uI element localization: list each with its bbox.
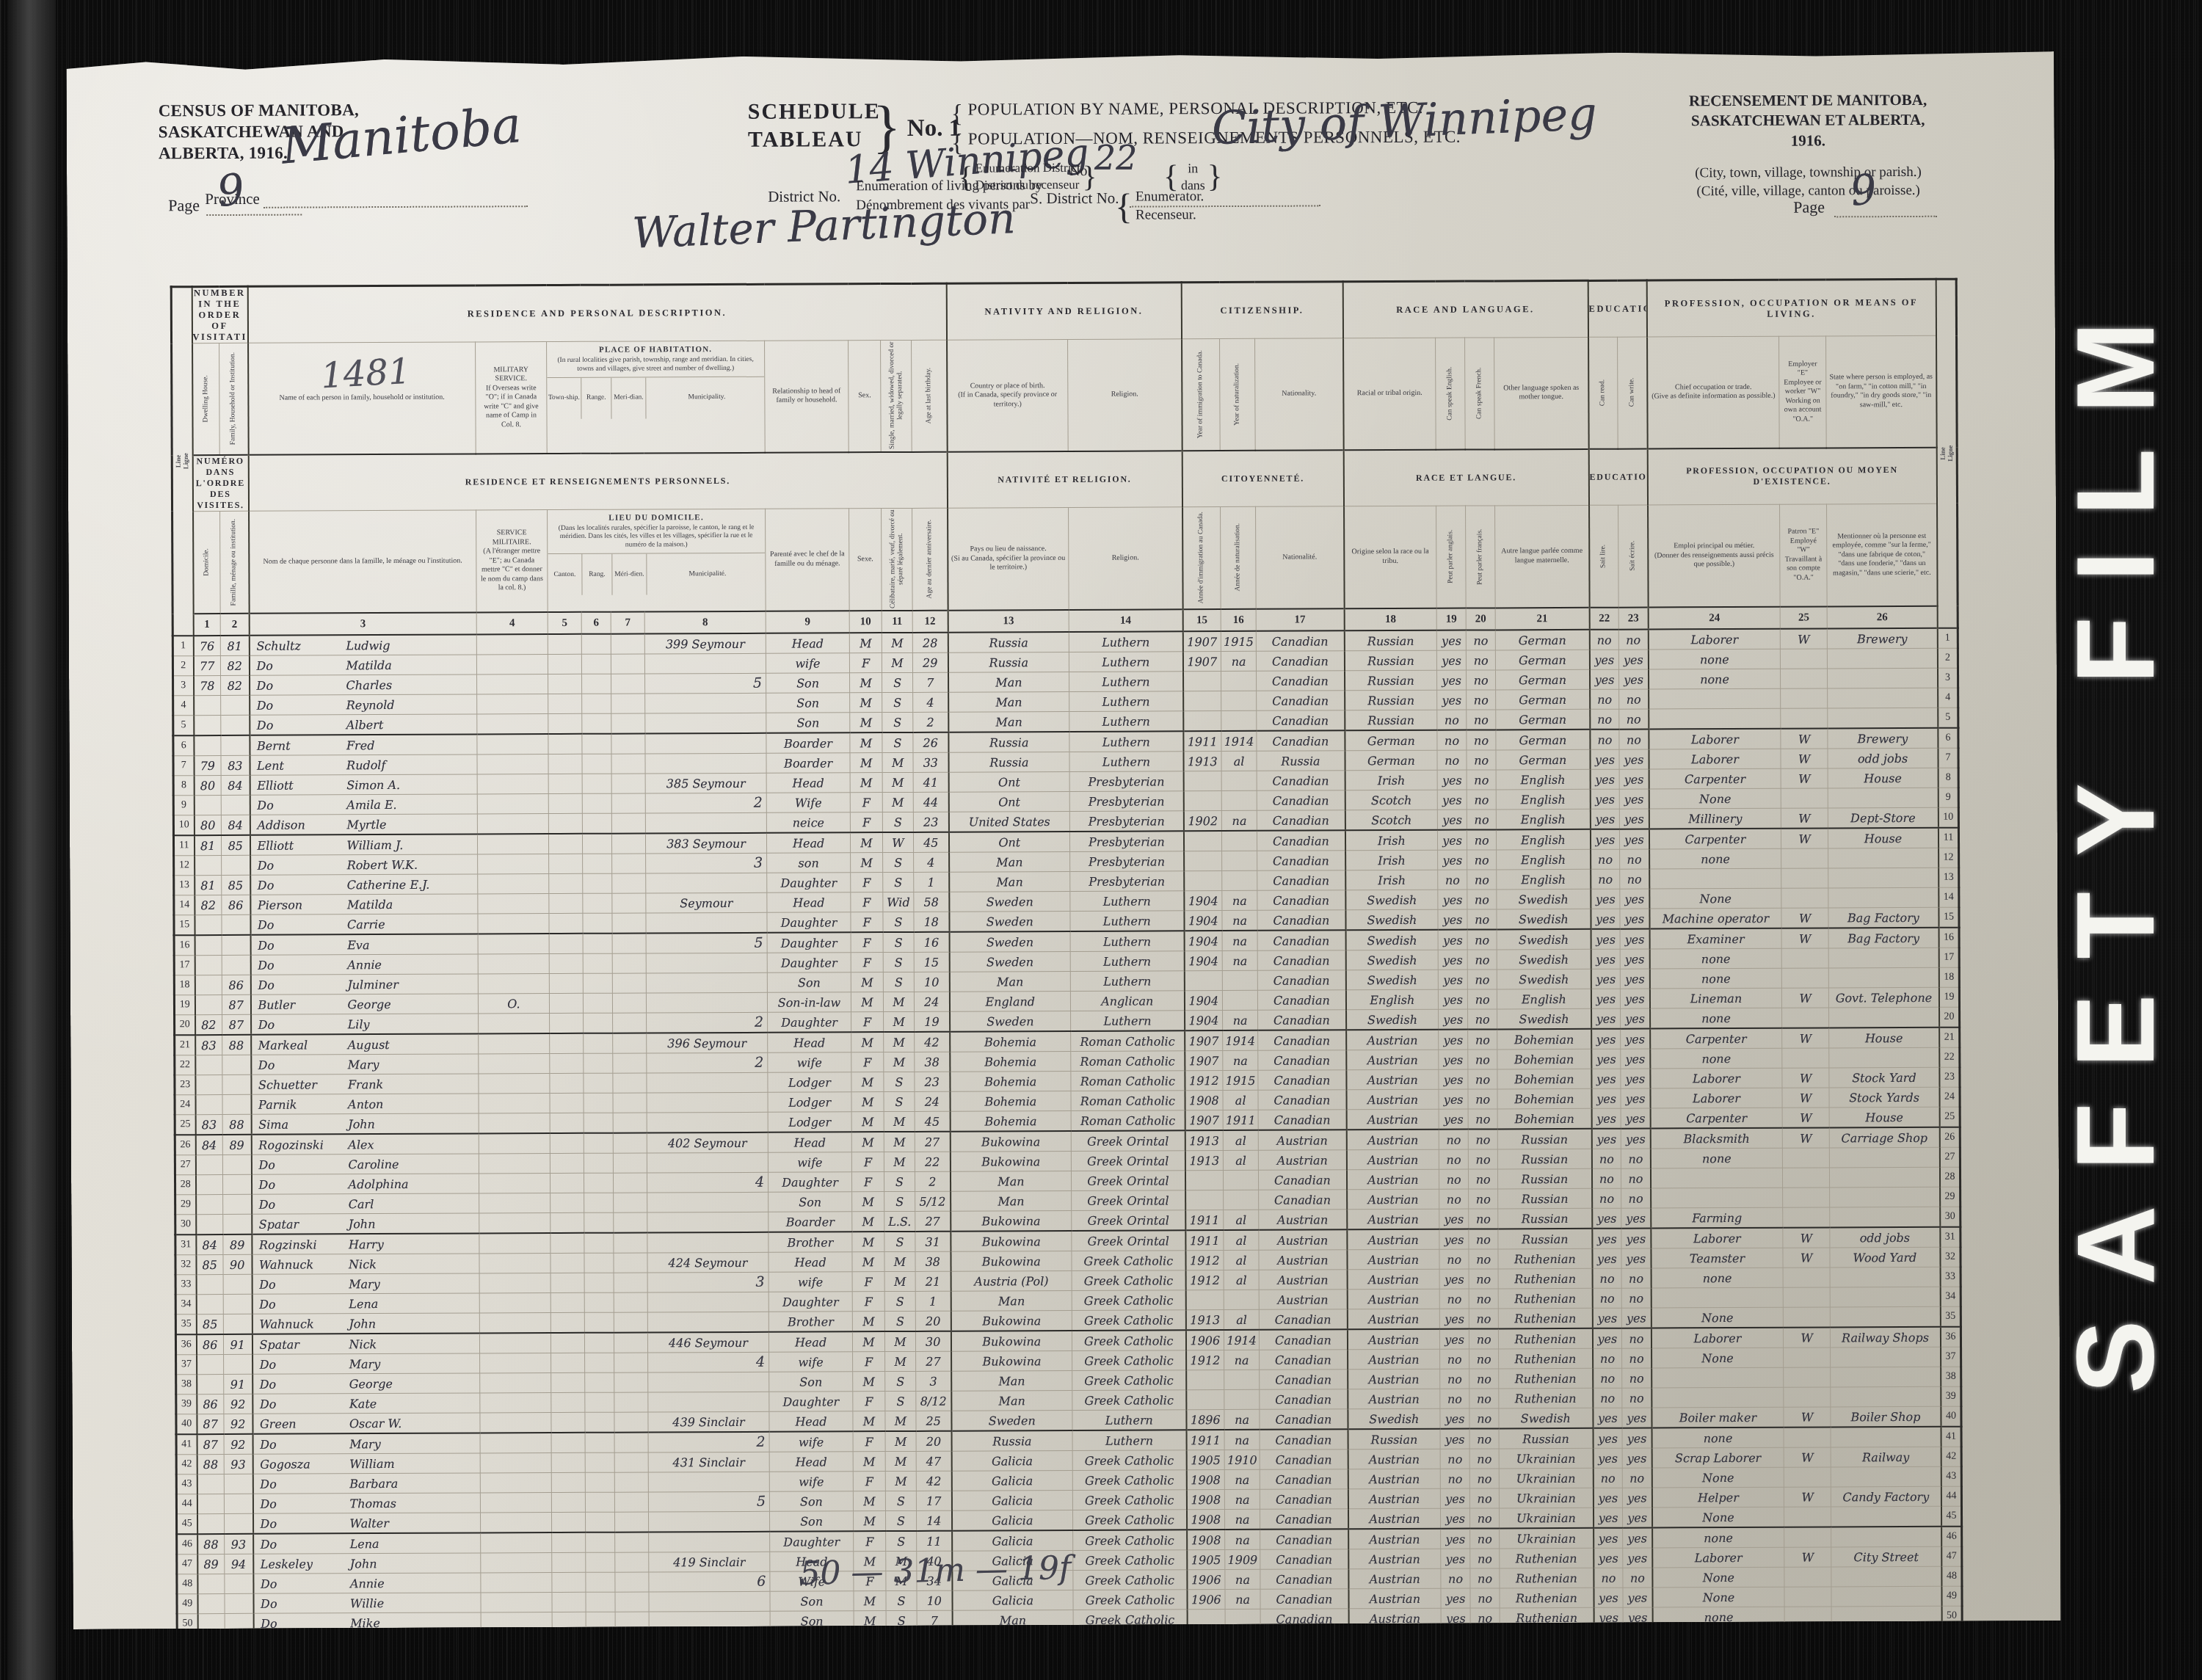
line-number: 8 <box>173 776 194 796</box>
cell-fr: no <box>1469 1209 1498 1229</box>
cell-wr: no <box>1621 1168 1651 1188</box>
cell-fam: 87 <box>222 1014 251 1035</box>
cell-name: SchultzLudwig <box>249 634 476 655</box>
cell-im: 1908 <box>1185 1091 1223 1110</box>
cell-sex: M <box>851 1092 884 1112</box>
cell-dw <box>197 1574 225 1593</box>
col-number: 5 <box>548 612 581 634</box>
line-number: 47 <box>1941 1546 1962 1566</box>
cell-rd: no <box>1591 869 1620 889</box>
cell-name: DoMary <box>252 1433 480 1454</box>
cell-st: S <box>883 932 914 953</box>
line-number: 5 <box>1938 708 1958 728</box>
cell-age: 38 <box>915 1052 950 1072</box>
cell-wr: yes <box>1621 1308 1651 1328</box>
cell-rd: yes <box>1593 1328 1622 1349</box>
cell-en: yes <box>1440 1408 1469 1429</box>
cell-na: Canadian <box>1257 930 1345 950</box>
cell-im <box>1185 1190 1224 1210</box>
cell-birth: Galicia <box>951 1490 1072 1510</box>
cell-oc: Helper <box>1652 1487 1784 1508</box>
cell-mil <box>479 1014 550 1034</box>
cell-age: 17 <box>916 1491 951 1510</box>
cell-addr <box>645 693 766 713</box>
cell-oc: Teamster <box>1651 1248 1783 1268</box>
cell-addr <box>648 1472 769 1492</box>
cell-im <box>1185 1290 1224 1310</box>
line-number: 44 <box>1941 1486 1962 1506</box>
cell-rel: Daughter <box>769 1392 853 1411</box>
cell-na: Canadian <box>1257 990 1345 1011</box>
cell-st: Wid <box>883 892 914 912</box>
cell-mil <box>477 694 548 714</box>
cell-ol: Ruthenian <box>1499 1348 1593 1369</box>
col-number: 16 <box>1221 609 1256 631</box>
cell-fr: no <box>1467 929 1497 950</box>
cell-rel: wife <box>769 1472 853 1491</box>
cell-or: Austrian <box>1346 1149 1439 1170</box>
cell-twp <box>550 1193 584 1212</box>
cell-em <box>1784 1467 1831 1487</box>
cell-age: 19 <box>915 1011 950 1032</box>
col-header-oc: Chief occupation or trade. (Give as defi… <box>1647 336 1780 448</box>
cell-birth: Austria (Pol) <box>951 1270 1072 1291</box>
cell-name: DoCarrie <box>250 914 478 935</box>
col-header-st: Single, married, widowed, divorced or le… <box>881 340 912 451</box>
line-number: 6 <box>173 735 194 756</box>
cell-dw: 87 <box>197 1434 224 1455</box>
cell-en: no <box>1439 1189 1469 1209</box>
cell-em <box>1781 788 1828 808</box>
cell-rd: yes <box>1591 969 1620 989</box>
cell-lo <box>1830 1306 1940 1327</box>
page-label-right: Page <box>1793 197 1825 217</box>
col-header-im: Year of immigration to Canada. <box>1182 339 1221 451</box>
cell-addr: 5 <box>648 1491 769 1512</box>
cell-en: yes <box>1438 850 1467 870</box>
cell-na: Canadian <box>1257 771 1345 791</box>
cell-mer <box>612 854 646 873</box>
cell-mil <box>479 1293 550 1313</box>
cell-lo <box>1831 1586 1941 1607</box>
cell-na: Canadian <box>1257 970 1345 991</box>
cell-im: 1896 <box>1186 1410 1224 1430</box>
cell-em: W <box>1780 628 1827 649</box>
cell-dw: 86 <box>197 1394 224 1414</box>
cell-fr: no <box>1469 1369 1499 1389</box>
cell-rng <box>583 893 612 913</box>
cell-mer <box>611 833 645 854</box>
cell-en: yes <box>1438 970 1467 989</box>
col-number: 4 <box>476 612 548 634</box>
cell-fam <box>225 1513 253 1534</box>
cell-age: 23 <box>915 1072 950 1091</box>
cell-twp <box>552 1592 586 1612</box>
cell-mer <box>612 993 646 1013</box>
cell-rel: Brother <box>768 1312 852 1332</box>
cell-mil <box>479 1333 550 1353</box>
line-number: 29 <box>1940 1187 1961 1207</box>
cell-em <box>1783 1188 1830 1207</box>
cell-dw <box>194 735 221 756</box>
cell-fr: no <box>1469 1428 1499 1449</box>
line-number: 37 <box>1941 1347 1961 1367</box>
cell-mil <box>477 834 548 854</box>
cell-en: yes <box>1437 650 1467 670</box>
cell-im <box>1183 691 1221 711</box>
col-header-mil: SERVICE MILITAIRE. (A l'étranger mettre … <box>476 509 548 612</box>
cell-rng <box>583 993 612 1013</box>
cell-dw <box>195 915 222 936</box>
cell-na: Canadian <box>1260 1489 1348 1510</box>
household-tally: 2 <box>754 795 763 811</box>
cell-wr: yes <box>1620 829 1649 850</box>
cell-birth: Russia <box>951 1430 1072 1451</box>
cell-fr: no <box>1468 1149 1497 1169</box>
schedule-en: SCHEDULE <box>748 99 881 125</box>
cell-rl: Greek Orintal <box>1072 1230 1185 1251</box>
cell-rl: Presbyterian <box>1069 811 1183 832</box>
line-number: 13 <box>1938 868 1959 887</box>
cell-birth: Bohemia <box>950 1031 1071 1052</box>
cell-rl: Luthern <box>1069 752 1183 772</box>
cell-or: Irish <box>1345 770 1437 790</box>
cell-dw: 81 <box>194 835 221 856</box>
cell-rng <box>584 1233 614 1254</box>
cell-birth: Sweden <box>949 891 1070 912</box>
cell-rng <box>584 1273 614 1292</box>
cell-rd: yes <box>1591 889 1620 909</box>
cell-birth: Man <box>949 971 1070 992</box>
line-number: 18 <box>174 975 195 995</box>
cell-oc: Examiner <box>1649 928 1781 949</box>
cell-birth: Man <box>951 1290 1072 1311</box>
cell-addr: 402 Seymour <box>647 1132 768 1153</box>
cell-dw: 86 <box>196 1334 223 1355</box>
cell-oc: None <box>1651 1467 1784 1488</box>
cell-fam <box>223 1214 252 1234</box>
cell-ol: Ruthenian <box>1499 1328 1593 1349</box>
cell-nz: na <box>1223 1050 1258 1070</box>
cell-addr <box>648 1372 769 1392</box>
cell-lo: Stock Yards <box>1829 1087 1939 1108</box>
cell-age: 7 <box>913 672 948 692</box>
cell-wr: yes <box>1620 909 1649 929</box>
section-title-fr: RESIDENCE ET RENSEIGNEMENTS PERSONNELS. <box>248 451 947 511</box>
cell-rel: Head <box>768 1132 851 1152</box>
cell-or: Austrian <box>1347 1209 1439 1229</box>
cell-lo <box>1831 1566 1941 1587</box>
cell-addr: 2 <box>647 1052 768 1073</box>
col-number: 26 <box>1827 606 1937 629</box>
cell-mil <box>477 734 548 754</box>
cell-age: 5/12 <box>915 1191 951 1211</box>
cell-lo <box>1828 688 1938 708</box>
cell-en: no <box>1437 730 1467 751</box>
cell-st: S <box>884 1171 915 1191</box>
cell-age: 30 <box>915 1331 951 1352</box>
census-sheet: CENSUS OF MANITOBA, SASKATCHEWAN AND ALB… <box>66 48 2060 1629</box>
cell-dw <box>197 1355 224 1375</box>
cell-age: 1 <box>915 1291 951 1311</box>
household-tally: 3 <box>756 1274 765 1290</box>
cell-fr: no <box>1468 1009 1497 1030</box>
cell-rel: wife <box>769 1431 853 1452</box>
line-number: 20 <box>175 1015 195 1036</box>
cell-rl: Presbyterian <box>1069 791 1183 812</box>
col-header-dw: Dwelling House. <box>192 343 220 455</box>
cell-en: no <box>1439 1149 1468 1169</box>
cell-sex: M <box>851 1032 884 1052</box>
cell-mer <box>611 813 645 834</box>
cell-dw <box>197 1494 224 1513</box>
cell-addr: 4 <box>648 1352 769 1372</box>
cell-fr: no <box>1467 970 1497 989</box>
cell-fr: no <box>1468 989 1497 1009</box>
cell-fam: 83 <box>221 755 250 775</box>
cell-dw <box>195 975 222 995</box>
cell-or: Austrian <box>1348 1508 1441 1529</box>
cell-rng <box>582 813 611 834</box>
cell-en: yes <box>1439 1309 1469 1329</box>
cell-addr <box>647 1192 768 1212</box>
cell-rd: yes <box>1591 1049 1621 1069</box>
cell-fam <box>223 1314 252 1334</box>
line-number: 18 <box>1938 967 1959 987</box>
cell-or: Swedish <box>1346 1009 1439 1030</box>
cell-im: 1906 <box>1187 1590 1225 1610</box>
cell-birth: Galicia <box>951 1470 1072 1491</box>
cell-fam: 86 <box>222 975 250 994</box>
cell-sex: F <box>851 932 883 953</box>
cell-nz <box>1224 1389 1260 1409</box>
cell-sex: M <box>853 1491 885 1511</box>
cell-im: 1905 <box>1187 1550 1225 1570</box>
cell-st: L.S. <box>884 1211 915 1232</box>
cell-oc: None <box>1651 1348 1784 1368</box>
cell-ol: Ukrainian <box>1499 1488 1593 1508</box>
line-number: 48 <box>177 1574 197 1594</box>
cell-rl: Luthern <box>1070 891 1184 912</box>
cell-rel: Daughter <box>767 953 851 972</box>
cell-age: 4 <box>913 692 948 712</box>
line-number: 9 <box>173 796 194 815</box>
col-header-em: Employer "E" Employee or worker "W" Work… <box>1779 336 1827 448</box>
cell-oc: Blacksmith <box>1650 1128 1782 1149</box>
cell-wr: yes <box>1621 989 1650 1008</box>
cell-birth: Galicia <box>952 1510 1073 1530</box>
cell-st: S <box>884 1291 915 1311</box>
section-title: EDUCATION. <box>1588 280 1646 337</box>
cell-nz: al <box>1224 1309 1259 1330</box>
cell-em: W <box>1781 728 1828 749</box>
col-header-nz: Year of naturalization. <box>1220 338 1256 450</box>
cell-en: yes <box>1439 1269 1469 1289</box>
household-tally: 5 <box>754 935 763 951</box>
cell-or: Russian <box>1345 670 1437 691</box>
cell-rel: Daughter <box>768 1012 851 1033</box>
line-number: 20 <box>1939 1007 1960 1028</box>
cell-rd: yes <box>1591 1088 1621 1108</box>
col-header-oc: Emploi principal ou métier. (Donner des … <box>1648 504 1781 608</box>
cell-st: S <box>886 1531 917 1552</box>
in-value: City of Winnipeg <box>1211 87 1599 156</box>
cell-na: Canadian <box>1258 1070 1346 1091</box>
cell-twp <box>550 1292 584 1312</box>
cell-ol: Ruthenian <box>1499 1388 1593 1408</box>
cell-rl: Luthern <box>1070 951 1184 972</box>
cell-ol: German <box>1496 669 1590 690</box>
cell-twp <box>549 973 583 993</box>
cell-lo <box>1830 1167 1940 1188</box>
cell-em: W <box>1782 1068 1829 1088</box>
cell-rl: Greek Catholic <box>1072 1450 1186 1471</box>
cell-or: Austrian <box>1347 1309 1439 1329</box>
cell-st: S <box>884 1072 915 1091</box>
col-number: 20 <box>1466 608 1495 630</box>
section-title-fr: EDUCATION. <box>1588 448 1647 505</box>
cell-rng <box>584 1053 613 1073</box>
cell-rl: Greek Catholic <box>1072 1370 1186 1391</box>
cell-addr: 446 Seymour <box>647 1332 768 1353</box>
cell-twp <box>549 934 583 954</box>
line-col-header: Line Ligne <box>1936 279 1958 628</box>
cell-wr: no <box>1619 689 1649 709</box>
line-col-header: Line Ligne <box>171 287 193 636</box>
cell-wr: no <box>1621 1188 1651 1208</box>
line-number: 38 <box>1941 1367 1961 1386</box>
cell-oc: Carpenter <box>1650 1108 1782 1128</box>
cell-name: ElliottSimon A. <box>250 774 477 795</box>
cell-im: 1906 <box>1186 1330 1224 1350</box>
cell-birth: Bukowina <box>951 1350 1072 1371</box>
cell-wr: yes <box>1621 1248 1651 1268</box>
cell-sex: F <box>853 1392 885 1411</box>
cell-st: S <box>883 852 914 872</box>
cell-name: DoBarbara <box>252 1473 480 1494</box>
cell-em: W <box>1781 808 1828 829</box>
line-number: 46 <box>1941 1527 1962 1547</box>
cell-rng <box>583 953 612 973</box>
cell-rel: Son <box>769 1491 853 1511</box>
cell-rl: Greek Catholic <box>1073 1510 1187 1530</box>
cell-em: W <box>1782 1088 1829 1108</box>
cell-st: M <box>884 1111 915 1132</box>
cell-or: Austrian <box>1348 1469 1440 1489</box>
cell-addr: 5 <box>645 673 766 694</box>
col-header-name: Nom de chaque personne dans la famille, … <box>249 509 477 613</box>
cell-em <box>1781 948 1828 968</box>
cell-twp <box>548 834 582 854</box>
cell-wr: no <box>1621 1268 1651 1288</box>
cell-fr: no <box>1469 1488 1499 1508</box>
line-number: 28 <box>175 1175 195 1195</box>
col-header-sex: Sex. <box>849 341 882 452</box>
cell-birth: Ont <box>948 771 1069 792</box>
cell-or: Irish <box>1345 830 1438 851</box>
cell-st: M <box>885 1411 916 1431</box>
line-number: 33 <box>175 1275 196 1295</box>
cell-fr: no <box>1467 950 1497 970</box>
cell-mer <box>612 913 646 934</box>
cell-lo <box>1831 1347 1941 1367</box>
cell-dw <box>195 1095 222 1115</box>
city-note-right: (City, town, village, township or parish… <box>1645 164 1972 201</box>
cell-mil <box>479 1033 550 1054</box>
cell-st: S <box>882 712 913 732</box>
line-number: 49 <box>177 1594 197 1614</box>
cell-em <box>1783 1287 1830 1307</box>
cell-nz: 1914 <box>1221 731 1257 752</box>
cell-rd: no <box>1593 1388 1622 1408</box>
cell-en: no <box>1440 1449 1469 1469</box>
line-number: 22 <box>1939 1047 1960 1067</box>
cell-em: W <box>1784 1547 1831 1567</box>
line-number: 35 <box>1941 1306 1961 1327</box>
cell-name: SimaJohn <box>251 1113 479 1135</box>
cell-fr: no <box>1467 770 1496 790</box>
cell-ol: English <box>1497 829 1591 850</box>
cell-em: W <box>1781 768 1828 788</box>
cell-nz <box>1221 691 1257 710</box>
cell-en: yes <box>1437 790 1467 810</box>
cell-en: yes <box>1441 1549 1470 1568</box>
cell-age: 23 <box>913 812 948 832</box>
cell-nz: al <box>1223 1130 1258 1151</box>
cell-lo: Bag Factory <box>1828 928 1938 948</box>
cell-sex: F <box>852 1292 884 1312</box>
cell-nz: na <box>1221 651 1256 671</box>
cell-wr: yes <box>1623 1528 1652 1549</box>
cell-en: no <box>1438 870 1467 890</box>
cell-oc: Laborer <box>1652 1547 1784 1568</box>
cell-im: 1911 <box>1185 1210 1224 1231</box>
col-number: 14 <box>1069 609 1182 632</box>
cell-en: yes <box>1440 1329 1469 1350</box>
cell-ol: Ruthenian <box>1498 1288 1592 1309</box>
cell-wr: yes <box>1623 1508 1652 1528</box>
cell-mil <box>479 1074 550 1094</box>
cell-wr: yes <box>1621 1229 1651 1249</box>
col-number: 17 <box>1256 608 1344 631</box>
cell-lo: Govt. Telephone <box>1829 987 1939 1008</box>
cell-oc: Laborer <box>1651 1228 1783 1248</box>
cell-dw: 82 <box>195 1015 222 1036</box>
cell-twp <box>551 1412 585 1433</box>
cell-nz <box>1221 790 1257 810</box>
cell-or: Russian <box>1345 710 1437 730</box>
cell-twp <box>548 793 582 813</box>
cell-lo: Candy Factory <box>1831 1486 1941 1507</box>
cell-st: S <box>886 1510 917 1531</box>
cell-st: M <box>885 1351 916 1371</box>
cell-na: Canadian <box>1260 1429 1348 1450</box>
cell-mil <box>476 655 548 674</box>
cell-st: S <box>885 1391 916 1411</box>
cell-rl: Luthern <box>1072 1410 1186 1430</box>
cell-na: Canadian <box>1260 1370 1348 1390</box>
line-number: 15 <box>1938 907 1959 928</box>
cell-mer <box>613 1033 647 1053</box>
cell-em: W <box>1784 1487 1831 1507</box>
cell-na: Canadian <box>1257 810 1345 831</box>
cell-st: S <box>885 1491 916 1510</box>
cell-rl: Presbyterian <box>1069 771 1183 792</box>
cell-oc: None <box>1652 1507 1784 1527</box>
cell-fr: no <box>1467 810 1496 830</box>
col-number: 22 <box>1589 608 1618 630</box>
cell-rng <box>585 1452 614 1472</box>
